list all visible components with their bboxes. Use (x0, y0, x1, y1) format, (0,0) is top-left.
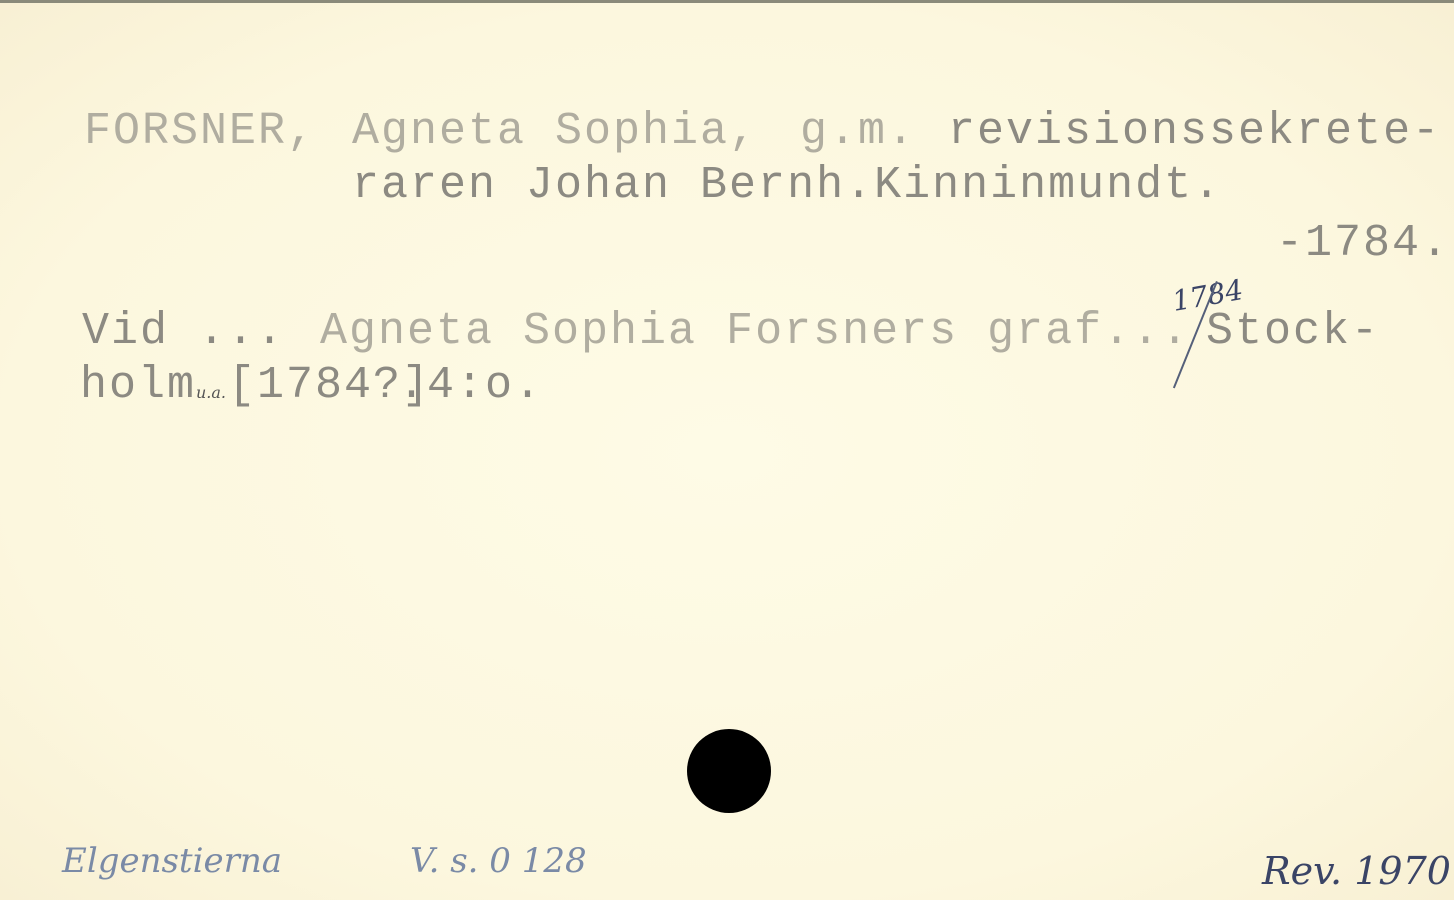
body-format: .4:o. (398, 363, 543, 408)
heading-surname: FORSNER, (84, 109, 316, 154)
body-vid: Vid ... (82, 309, 285, 354)
pencil-note-reference: V. s. 0 128 (410, 841, 587, 881)
heading-spouse-line: raren Johan Bernh.Kinninmundt. (352, 163, 1222, 208)
punch-hole (687, 729, 771, 813)
body-place-cont: holm (80, 363, 196, 408)
heading-date: -1784. (1276, 221, 1450, 266)
body-place-sup: u.a. (196, 383, 226, 402)
ink-note-revision: Rev. 1970 (1262, 849, 1451, 893)
heading-given-names: Agneta Sophia, (352, 109, 758, 154)
catalog-card: FORSNER, Agneta Sophia, g.m. revisionsse… (0, 0, 1454, 900)
pencil-note-source: Elgenstierna (62, 841, 282, 881)
heading-occupation: revisionssekrete- (948, 109, 1441, 154)
heading-relation: g.m. (800, 109, 916, 154)
body-title: Agneta Sophia Forsners graf... (320, 309, 1190, 354)
body-place: Stock- (1206, 309, 1380, 354)
